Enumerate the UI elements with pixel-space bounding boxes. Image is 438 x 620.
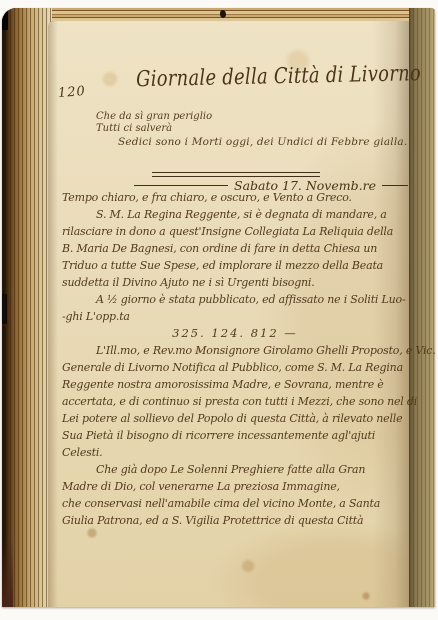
manuscript-line: Celesti. <box>62 444 408 461</box>
page-number: 120 <box>58 84 87 101</box>
epigraph: Che da sì gran periglioTutti ci salverà … <box>96 111 407 148</box>
left-page-edges <box>2 8 52 607</box>
manuscript-line: Che già dopo Le Solenni Preghiere fatte … <box>62 461 408 478</box>
manuscript-line: Madre di Dio, col venerarne La preziosa … <box>62 478 408 495</box>
manuscript-line: Triduo a tutte Sue Spese, ed implorare i… <box>62 257 408 274</box>
epigraph-verse: Che da sì gran periglioTutti ci salverà <box>96 111 407 134</box>
manuscript-page: 120 Giornale della Città di Livorno Che … <box>48 21 409 607</box>
spine-mark-bottom <box>2 537 13 607</box>
manuscript-line: Reggente nostra amorosissima Madre, e So… <box>62 376 408 393</box>
spine-mark-mid <box>2 294 7 324</box>
manuscript-line: Lei potere al sollievo del Popolo di que… <box>62 410 408 427</box>
book-spread: 120 Giornale della Città di Livorno Che … <box>2 8 435 607</box>
paragraph-regina: S. M. La Regina Reggente, si è degnata d… <box>62 206 408 291</box>
manuscript-line: Che da sì gran periglio <box>96 111 407 123</box>
manuscript-line: suddetta il Divino Ajuto ne i sì Urgenti… <box>62 274 408 291</box>
paragraph-preghiere: Che già dopo Le Solenni Preghiere fatte … <box>62 461 408 529</box>
mortality-note: Sedici sono i Morti oggi, dei Undici di … <box>96 136 407 148</box>
manuscript-line: che conservasi nell'amabile cima del vic… <box>62 495 408 512</box>
manuscript-line: Giulia Patrona, ed a S. Vigilia Protettr… <box>62 512 408 529</box>
entry-text: Tempo chiaro, e fra chiaro, e oscuro, e … <box>62 189 408 529</box>
manuscript-line: L'Ill.mo, e Rev.mo Monsignore Girolamo G… <box>62 342 408 359</box>
manuscript-line: -ghi L'opp.ta <box>62 308 408 325</box>
manuscript-line: rilasciare in dono a quest'Insigne Colle… <box>62 223 408 240</box>
manuscript-line: B. Maria De Bagnesi, con ordine di fare … <box>62 240 408 257</box>
paragraph-pubblicato: A ½ giorno è stata pubblicato, ed affiss… <box>62 291 408 325</box>
double-rule <box>152 172 320 177</box>
manuscript-line: accertata, e di continuo si presta con t… <box>62 393 408 410</box>
spine-mark-top <box>2 8 8 30</box>
right-page-edges <box>409 8 435 607</box>
weather-line: Tempo chiaro, e fra chiaro, e oscuro, e … <box>62 189 408 206</box>
manuscript-line: Sua Pietà il bisogno di ricorrere incess… <box>62 427 408 444</box>
journal-title: Giornale della Città di Livorno <box>136 61 421 93</box>
manuscript-line: A ½ giorno è stata pubblicato, ed affiss… <box>62 291 408 308</box>
ink-fleck <box>220 10 226 18</box>
manuscript-photo: 120 Giornale della Città di Livorno Che … <box>0 0 438 620</box>
paragraph-notifica: L'Ill.mo, e Rev.mo Monsignore Girolamo G… <box>62 342 408 461</box>
manuscript-line: Generale di Livorno Notifica al Pubblico… <box>62 359 408 376</box>
figures-line: 325. 124. 812 — <box>62 325 408 342</box>
manuscript-line: S. M. La Regina Reggente, si è degnata d… <box>62 206 408 223</box>
manuscript-line: Tutti ci salverà <box>96 123 407 135</box>
